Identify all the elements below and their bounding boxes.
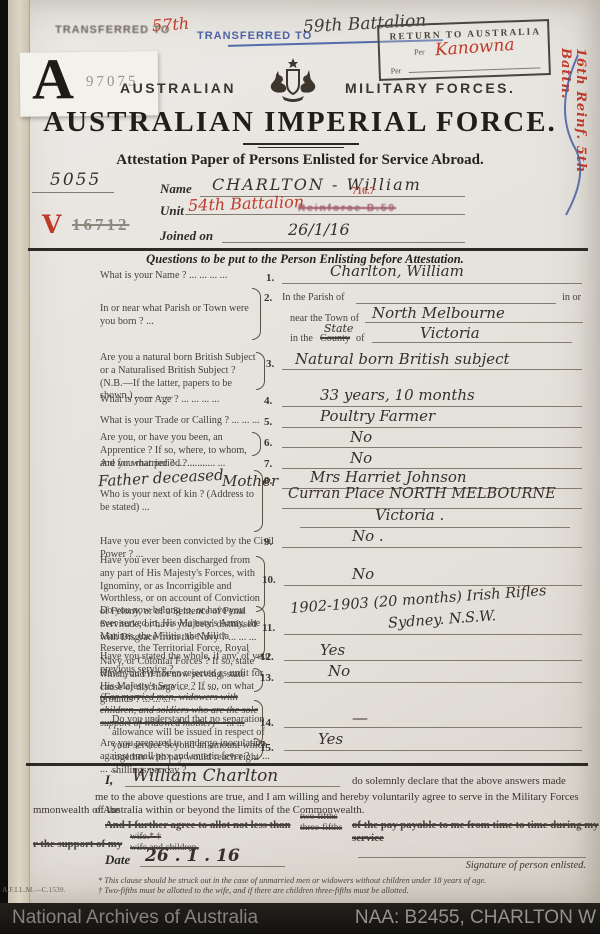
title-rule-1 — [243, 143, 359, 145]
unit-line — [185, 214, 465, 215]
archive-name: National Archives of Australia — [12, 907, 258, 929]
ship-name-handwriting: Kanowna — [434, 35, 515, 61]
question-1: What is your Name ? ... ... ... ... — [100, 270, 265, 283]
question-10-number: 10. — [262, 574, 276, 586]
question-2: In or near what Parish or Town were you … — [100, 303, 250, 329]
return-to-australia-stamp-box: RETURN TO AUSTRALIA Per Kanowna Per — [377, 19, 551, 81]
answer-8-line3-handwriting: Victoria . — [375, 506, 444, 524]
answer-9-handwriting: No . — [352, 527, 384, 545]
archive-footer-bar: National Archives of Australia NAA: B245… — [0, 903, 600, 934]
red-check-mark: V — [42, 210, 61, 239]
answer-14-dash-handwriting: — — [352, 708, 368, 727]
answer-12-line — [284, 660, 582, 661]
q2-town-line — [365, 322, 583, 323]
name-value-handwriting: CHARLTON - William — [212, 175, 422, 194]
signature-caption: Signature of person enlisted. — [390, 860, 586, 871]
questions-section-heading: Questions to be put to the Person Enlist… — [60, 252, 550, 267]
question-7-number: 7. — [264, 458, 272, 470]
answer-7-handwriting: No — [350, 449, 372, 467]
question-8: Who is your next of kin ? (Address to be… — [100, 489, 260, 515]
title-rule-2 — [258, 147, 344, 148]
answer-10-handwriting: No — [352, 565, 374, 583]
answer-11-line — [284, 634, 582, 635]
allotment-struck-1: And I further agree to allot not less th… — [105, 819, 291, 832]
unit-value-handwriting: 54th Battalion — [188, 192, 305, 215]
answer-9-line — [282, 547, 582, 548]
answer-13-handwriting: No — [328, 662, 350, 680]
struck-old-number: 16712 — [72, 215, 130, 235]
signature-line — [358, 857, 586, 858]
section-rule-top — [28, 248, 588, 251]
answer-1-handwriting: Charlton, William — [330, 262, 464, 280]
transferred-stamp-2: TRANSFERRED TO — [197, 30, 312, 42]
footnote-dagger: † Two-fifths must be allotted to the wif… — [98, 886, 518, 895]
allotment-fraction-2: three-fifths — [300, 823, 342, 835]
q2-state-line — [372, 342, 572, 343]
question-2-brace — [252, 288, 261, 340]
joined-on-label: Joined on — [160, 228, 213, 244]
transferred-unit-1-handwriting: 57th — [151, 14, 189, 36]
question-12-number: 12. — [260, 651, 274, 663]
form-subtitle: Attestation Paper of Persons Enlisted fo… — [60, 152, 540, 169]
declaration-line1: do solemnly declare that the above answe… — [352, 775, 587, 788]
question-9-number: 9. — [264, 536, 272, 548]
question-4-number: 4. — [264, 395, 272, 407]
label-letter-a: A — [32, 50, 74, 108]
question-5-number: 5. — [264, 416, 272, 428]
forces-line-right: MILITARY FORCES. — [345, 80, 515, 96]
question-6-number: 6. — [264, 437, 272, 449]
return-stamp-line — [409, 67, 541, 73]
date-value-handwriting: 26 . 1 . 16 — [145, 846, 240, 866]
archive-reference: NAA: B2455, CHARLTON W — [355, 907, 596, 929]
answer-8-line1-handwriting: Mrs Harriet Johnson — [310, 468, 467, 486]
declaration-name-handwriting: William Charlton — [132, 766, 278, 786]
answer-8-line3 — [300, 527, 570, 528]
joined-on-value-handwriting: 26/1/16 — [288, 220, 350, 239]
answer-12-handwriting: Yes — [320, 641, 345, 659]
footnote-asterisk: * This clause should be struck out in th… — [98, 876, 568, 885]
question-14-number: 14. — [260, 717, 274, 729]
q2-town-handwriting: North Melbourne — [372, 304, 505, 322]
q2-printed-inor: in or — [562, 292, 581, 305]
answer-13-line — [284, 682, 582, 683]
answer-3-line — [282, 369, 582, 370]
regimental-number-handwriting: 5055 — [50, 170, 101, 190]
name-label: Name — [160, 181, 192, 197]
answer-4-handwriting: 33 years, 10 months — [320, 386, 475, 404]
question-4: What is your Age ? ... ... ... ... — [100, 394, 265, 407]
scanned-attestation-paper: { "colors": { "red_ink": "#c03a2b", "blu… — [0, 0, 600, 934]
forces-line-left: AUSTRALIAN — [120, 80, 236, 96]
coat-of-arms-icon — [262, 56, 324, 104]
date-label: Date — [105, 852, 130, 868]
answer-6-line — [282, 447, 582, 448]
declaration-name-line — [125, 786, 340, 787]
paper-edge-strip — [8, 0, 30, 934]
red-overprint-number: 716.7 — [352, 186, 375, 197]
question-13-number: 13. — [260, 672, 274, 684]
question-15-number: 15. — [260, 742, 274, 754]
answer-14-line — [284, 727, 582, 728]
q2-state-handwriting: Victoria — [420, 324, 480, 342]
question-1-number: 1. — [266, 272, 274, 284]
q2-printed-parish: In the Parish of — [282, 292, 345, 305]
question-5: What is your Trade or Calling ? ... ... … — [100, 415, 270, 428]
q2-printed-inthe: in the — [290, 333, 313, 346]
question-2-number: 2. — [264, 292, 272, 304]
joined-on-line — [222, 242, 465, 243]
q2-printed-of: of — [356, 333, 365, 346]
q2-state-over-handwriting: State — [324, 322, 353, 335]
question-3-number: 3. — [266, 358, 274, 370]
allotment-struck-2: of the pay payable to me from time to ti… — [352, 819, 600, 846]
answer-15-handwriting: Yes — [318, 730, 343, 748]
reg-number-line — [32, 192, 114, 193]
answer-1-line — [282, 283, 582, 284]
allotment-struck-3: r the support of my — [33, 838, 122, 851]
answer-6-handwriting: No — [350, 428, 372, 446]
section-rule-bottom — [26, 763, 588, 766]
declaration-pre: I, — [105, 772, 113, 788]
question-11-number: 11. — [262, 622, 275, 634]
question-8-number: 8. — [264, 475, 272, 487]
answer-3-handwriting: Natural born British subject — [295, 350, 510, 368]
answer-5-line — [282, 427, 582, 428]
unit-label: Unit — [160, 203, 184, 219]
return-stamp-per2-label: Per — [391, 66, 402, 75]
answer-5-handwriting: Poultry Farmer — [320, 407, 435, 425]
return-stamp-per-label: Per — [414, 47, 425, 56]
declaration-line3: mmonwealth of Australia within or beyond… — [33, 804, 553, 817]
date-line — [140, 866, 285, 867]
answer-15-line — [284, 750, 582, 751]
struck-unit-stamp: Reinforce B.59 — [298, 203, 396, 214]
page-title: AUSTRALIAN IMPERIAL FORCE. — [30, 106, 570, 139]
form-code: A.F.I.L.M.—C.1539. — [2, 885, 65, 894]
question-8-brace — [254, 470, 263, 532]
question-3-brace — [256, 352, 265, 390]
answer-8-line2-handwriting: Curran Place NORTH MELBOURNE — [288, 486, 556, 502]
